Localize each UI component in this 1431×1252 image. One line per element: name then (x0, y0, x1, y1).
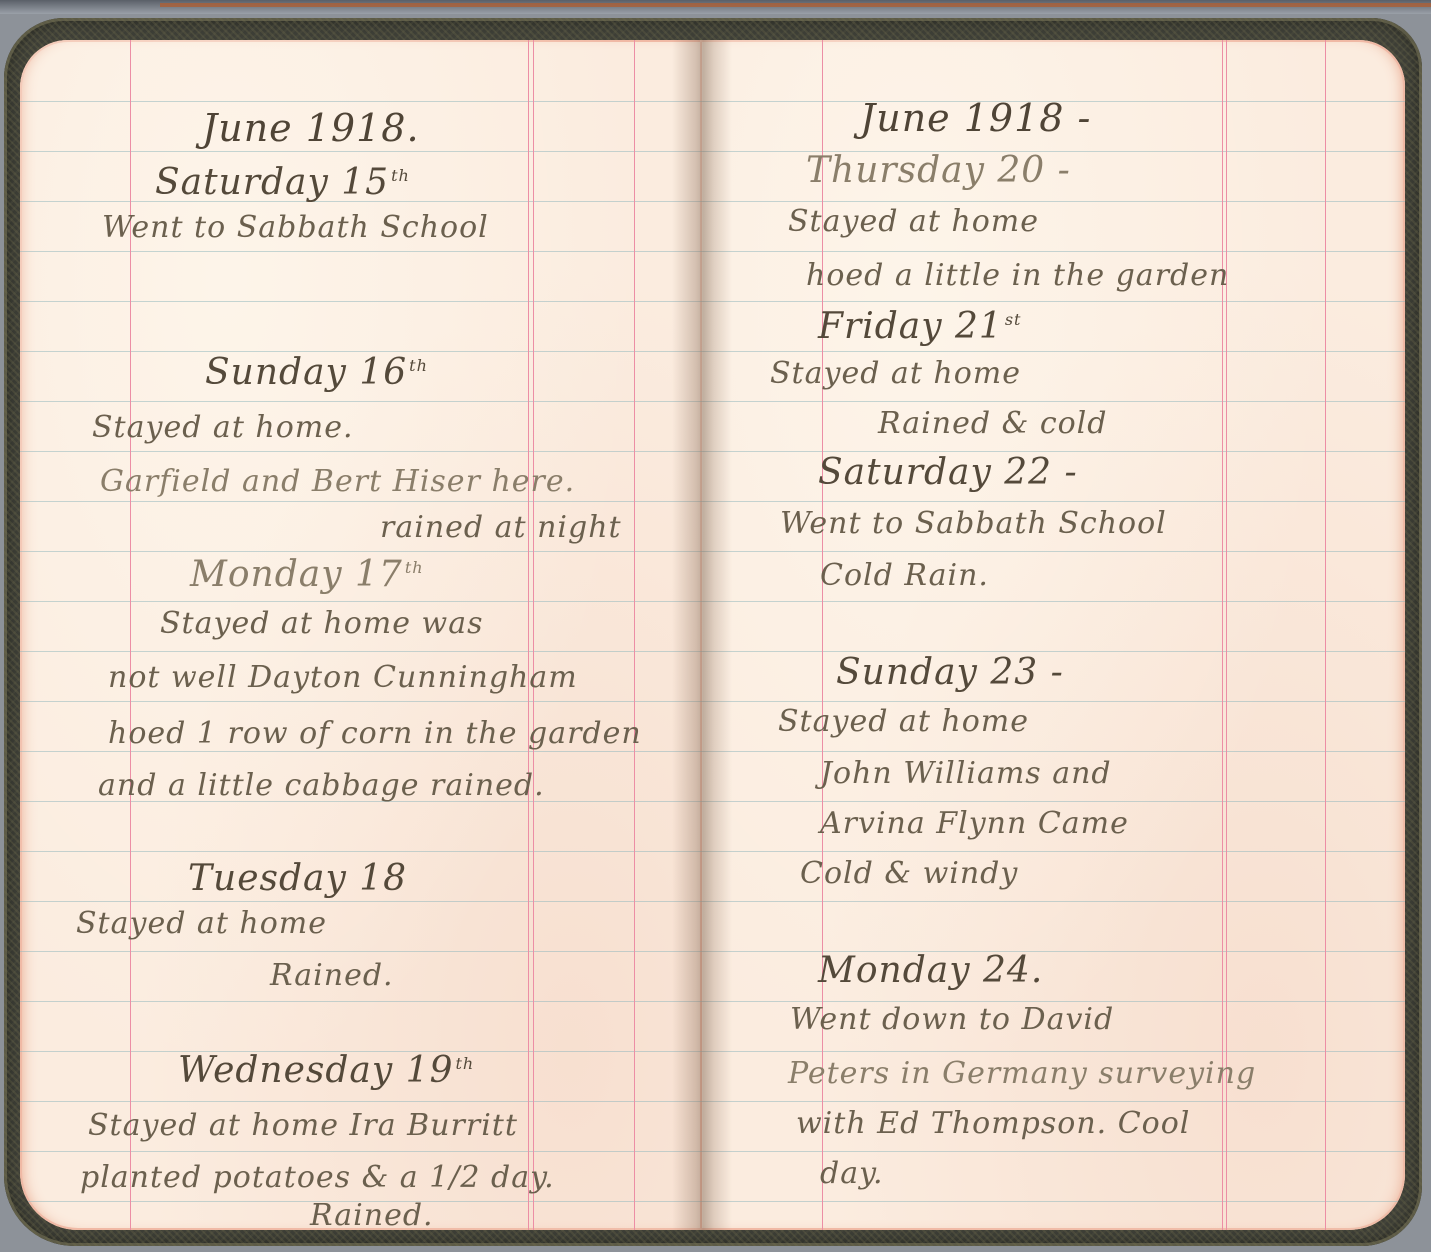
entry-day-heading: Sunday 16th (205, 352, 428, 393)
entry-line: planted potatoes & a 1/2 day. (80, 1160, 555, 1195)
entry-line: Went down to David (790, 1002, 1114, 1037)
entry-line: Stayed at home (76, 906, 327, 941)
entry-line: Stayed at home Ira Burritt (88, 1108, 518, 1143)
left-page-entries: June 1918. Saturday 15th Went to Sabbath… (20, 40, 710, 1230)
month-heading: June 1918 - (860, 96, 1091, 140)
day-label: Tuesday 18 (188, 858, 407, 899)
entry-line: Cold Rain. (820, 558, 989, 593)
entry-day-heading: Thursday 20 - (806, 150, 1073, 191)
entry-line: Stayed at home (788, 204, 1039, 239)
day-label: Monday 24. (818, 950, 1043, 991)
entry-line: Garfield and Bert Hiser here. (100, 464, 575, 499)
entry-line: Rained. (310, 1198, 434, 1230)
day-suffix: th (405, 558, 424, 577)
day-label: Wednesday 19 (178, 1050, 453, 1091)
entry-line: Rained & cold (878, 406, 1107, 441)
entry-line: hoed 1 row of corn in the garden (108, 716, 642, 751)
entry-line: with Ed Thompson. Cool (796, 1106, 1190, 1141)
day-label: Saturday 22 - (818, 452, 1078, 493)
entry-line: Stayed at home. (92, 410, 354, 445)
right-page-entries: June 1918 - Thursday 20 - Stayed at home… (700, 40, 1405, 1230)
day-label: Saturday 15 (155, 162, 389, 203)
entry-line: and a little cabbage rained. (98, 768, 545, 803)
entry-day-heading: Saturday 22 - (818, 452, 1080, 493)
entry-line: John Williams and (820, 756, 1112, 791)
day-suffix: th (409, 356, 428, 375)
day-label: Monday 17 (190, 554, 403, 595)
day-suffix: th (455, 1054, 474, 1073)
day-label: Sunday 23 - (836, 652, 1064, 693)
entry-day-heading: Wednesday 19th (178, 1050, 474, 1091)
entry-day-heading: Friday 21st (818, 306, 1021, 347)
left-page: June 1918. Saturday 15th Went to Sabbath… (20, 40, 710, 1230)
book-edge-strip (160, 3, 1431, 7)
day-label: Friday 21 (818, 306, 1003, 347)
day-suffix: st (1005, 310, 1022, 329)
entry-line: Peters in Germany surveying (788, 1056, 1256, 1091)
entry-line: Stayed at home was (160, 606, 484, 641)
entry-day-heading: Monday 17th (190, 554, 424, 595)
entry-line: Cold & windy (800, 856, 1018, 891)
entry-line: Stayed at home (778, 704, 1029, 739)
entry-day-heading: Monday 24. (818, 950, 1045, 991)
day-label: Sunday 16 (205, 352, 407, 393)
entry-line: not well Dayton Cunningham (108, 660, 578, 695)
entry-day-heading: Tuesday 18 (188, 858, 409, 899)
entry-line: rained at night (380, 510, 622, 545)
entry-day-heading: Saturday 15th (155, 162, 410, 203)
entry-line: Went to Sabbath School (102, 210, 489, 245)
entry-line: Arvina Flynn Came (820, 806, 1129, 841)
month-heading: June 1918. (202, 106, 420, 150)
entry-line: day. (820, 1156, 884, 1191)
entry-line: Went to Sabbath School (780, 506, 1167, 541)
right-page: June 1918 - Thursday 20 - Stayed at home… (700, 40, 1405, 1230)
entry-line: hoed a little in the garden (806, 258, 1229, 293)
entry-line: Rained. (270, 958, 394, 993)
entry-line: Stayed at home (770, 356, 1021, 391)
day-label: Thursday 20 - (806, 150, 1071, 191)
scanner-top-edge (0, 0, 1431, 14)
day-suffix: th (391, 166, 410, 185)
entry-day-heading: Sunday 23 - (836, 652, 1066, 693)
